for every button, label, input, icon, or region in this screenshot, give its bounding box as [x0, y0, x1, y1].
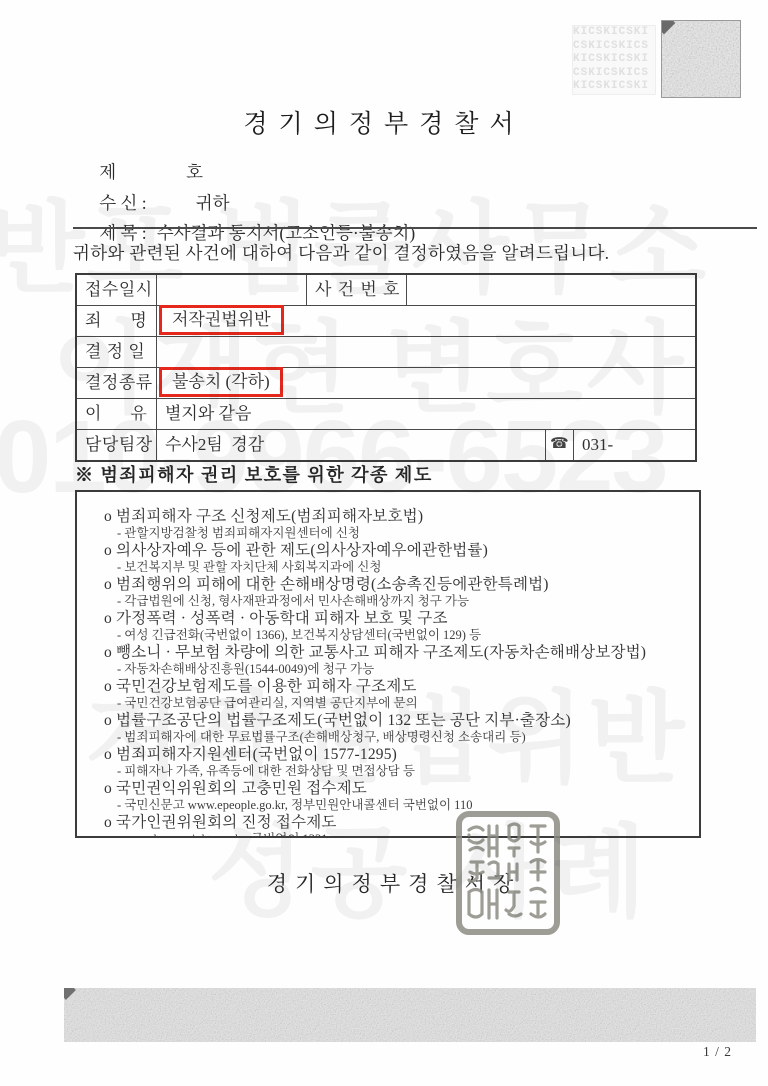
cell-decision-date-value [157, 337, 695, 367]
notice-item-main: o 국민권익위원회의 고충민원 접수제도 [104, 779, 689, 798]
kics-watermark-block: KICSKICSKICSKICSKICSKICSKICSKICSKICSKICS… [572, 25, 656, 95]
notice-item-main: o 국가인권위원회의 진정 접수제도 [104, 813, 689, 832]
notice-item-sub: - 자동차손해배상진흥원(1544-0049)에 청구 가능 [117, 662, 689, 676]
notice-section-heading: ※ 범죄피해자 권리 보호를 위한 각종 제도 [75, 461, 433, 487]
table-row-team-leader: 담당팀장 수사2팀 경감 ☎ 031- [77, 430, 695, 460]
notice-item-sub: - 국민신문고 www.epeople.go.kr, 정부민원안내콜센터 국번없… [117, 798, 689, 812]
cell-case-number-value [407, 275, 695, 305]
notice-item-sub: - www.humanrights.go.kr, 국번없이 1331 [117, 832, 689, 838]
notice-item: o 뺑소니 · 무보험 차량에 의한 교통사고 피해자 구조제도(자동차손해배상… [104, 643, 689, 676]
cell-label-receipt-date: 접수일시 [77, 275, 157, 305]
decision-highlight-box: 불송치 (각하) [159, 367, 283, 397]
cell-label-offense: 죄 명 [77, 306, 157, 336]
table-row-reason: 이 유 별지와 같음 [77, 399, 695, 430]
cell-reason-value: 별지와 같음 [157, 399, 695, 429]
notice-item: o 국민권익위원회의 고충민원 접수제도 - 국민신문고 www.epeople… [104, 779, 689, 812]
cell-team-leader-value: 수사2팀 경감 [157, 430, 546, 460]
barcode-noise-texture [662, 21, 740, 97]
notice-item-main: o 가정폭력 · 성폭력 · 아동학대 피해자 보호 및 구조 [104, 609, 689, 628]
cell-label-case-number: 사 건 번 호 [307, 275, 407, 305]
cell-label-team-leader: 담당팀장 [77, 430, 157, 460]
scan-noise-strip [64, 988, 756, 1042]
notice-box: o 범죄피해자 구조 신청제도(범죄피해자보호법) - 관할지방검찰청 범죄피해… [75, 490, 701, 838]
scan-noise-texture [64, 988, 756, 1042]
police-chief-signature: 경기의정부경찰서장 [0, 868, 768, 898]
notice-item-main: o 뺑소니 · 무보험 차량에 의한 교통사고 피해자 구조제도(자동차손해배상… [104, 643, 689, 662]
notice-item-main: o 법률구조공단의 법률구조제도(국번없이 132 또는 공단 지부·출장소) [104, 711, 689, 730]
page-number: 1 / 2 [703, 1044, 732, 1060]
notice-item: o 국가인권위원회의 진정 접수제도 - www.humanrights.go.… [104, 813, 689, 838]
cell-offense-value: 저작권법위반 [157, 306, 695, 336]
cell-label-decision-date: 결 정 일 [77, 337, 157, 367]
notice-item: o 범죄행위의 피해에 대한 손해배상명령(소송촉진등에관한특례법) - 각급법… [104, 575, 689, 608]
case-result-table: 접수일시 사 건 번 호 죄 명 저작권법위반 결 정 일 결정종류 불송치 (… [75, 273, 697, 462]
notice-item-sub: - 보건복지부 및 관할 자치단체 사회복지과에 신청 [117, 560, 689, 574]
notice-item-sub: - 범죄피해자에 대한 무료법률구조(손해배상청구, 배상명령신청 소송대리 등… [117, 730, 689, 744]
cell-label-reason: 이 유 [77, 399, 157, 429]
table-row-offense: 죄 명 저작권법위반 [77, 306, 695, 337]
notice-item-sub: - 여성 긴급전화(국번없이 1366), 보건복지상담센터(국번없이 129)… [117, 628, 689, 642]
scanned-police-document: 반포 법률사무소 이재현 변호사 010-9966-6523 저작권법위반 성공… [0, 0, 768, 1086]
cell-receipt-date-value [157, 275, 307, 305]
notice-item-sub: - 피해자나 가족, 유족등에 대한 전화상담 및 면접상담 등 [117, 764, 689, 778]
notice-item-sub: - 국민건강보험공단 급여관리실, 지역별 공단지부에 문의 [117, 696, 689, 710]
offense-highlight-box: 저작권법위반 [159, 305, 284, 335]
page-title: 경기의정부경찰서 [0, 104, 768, 140]
cell-phone-value: 031- [574, 430, 695, 460]
barcode-noise-block [661, 20, 741, 98]
notice-item: o 범죄피해자 구조 신청제도(범죄피해자보호법) - 관할지방검찰청 범죄피해… [104, 507, 689, 540]
notice-item-main: o 범죄피해자지원센터(국번없이 1577-1295) [104, 745, 689, 764]
cell-decision-type-value: 불송치 (각하) [157, 368, 695, 398]
notice-item-main: o 국민건강보험제도를 이용한 피해자 구조제도 [104, 677, 689, 696]
table-row-decision-date: 결 정 일 [77, 337, 695, 368]
notice-item-sub: - 관할지방검찰청 범죄피해자지원센터에 신청 [117, 526, 689, 540]
notice-item-main: o 범죄피해자 구조 신청제도(범죄피해자보호법) [104, 507, 689, 526]
notice-item: o 가정폭력 · 성폭력 · 아동학대 피해자 보호 및 구조 - 여성 긴급전… [104, 609, 689, 642]
intro-sentence: 귀하와 관련된 사건에 대하여 다음과 같이 결정하였음을 알려드립니다. [73, 240, 609, 265]
cell-label-decision-type: 결정종류 [77, 368, 157, 398]
notice-item: o 국민건강보험제도를 이용한 피해자 구조제도 - 국민건강보험공단 급여관리… [104, 677, 689, 710]
notice-item: o 법률구조공단의 법률구조제도(국번없이 132 또는 공단 지부·출장소) … [104, 711, 689, 744]
notice-item-sub: - 각급법원에 신청, 형사재판과정에서 민사손해배상까지 청구 가능 [117, 594, 689, 608]
notice-item-main: o 의사상자예우 등에 관한 제도(의사상자예우에관한법률) [104, 541, 689, 560]
header-divider-rule [73, 227, 757, 229]
notice-item: o 범죄피해자지원센터(국번없이 1577-1295) - 피해자나 가족, 유… [104, 745, 689, 778]
official-seal-stamp [455, 810, 561, 936]
table-row-decision-type: 결정종류 불송치 (각하) [77, 368, 695, 399]
phone-icon: ☎ [546, 430, 574, 460]
table-row-receipt: 접수일시 사 건 번 호 [77, 275, 695, 306]
notice-item-main: o 범죄행위의 피해에 대한 손해배상명령(소송촉진등에관한특례법) [104, 575, 689, 594]
notice-item: o 의사상자예우 등에 관한 제도(의사상자예우에관한법률) - 보건복지부 및… [104, 541, 689, 574]
